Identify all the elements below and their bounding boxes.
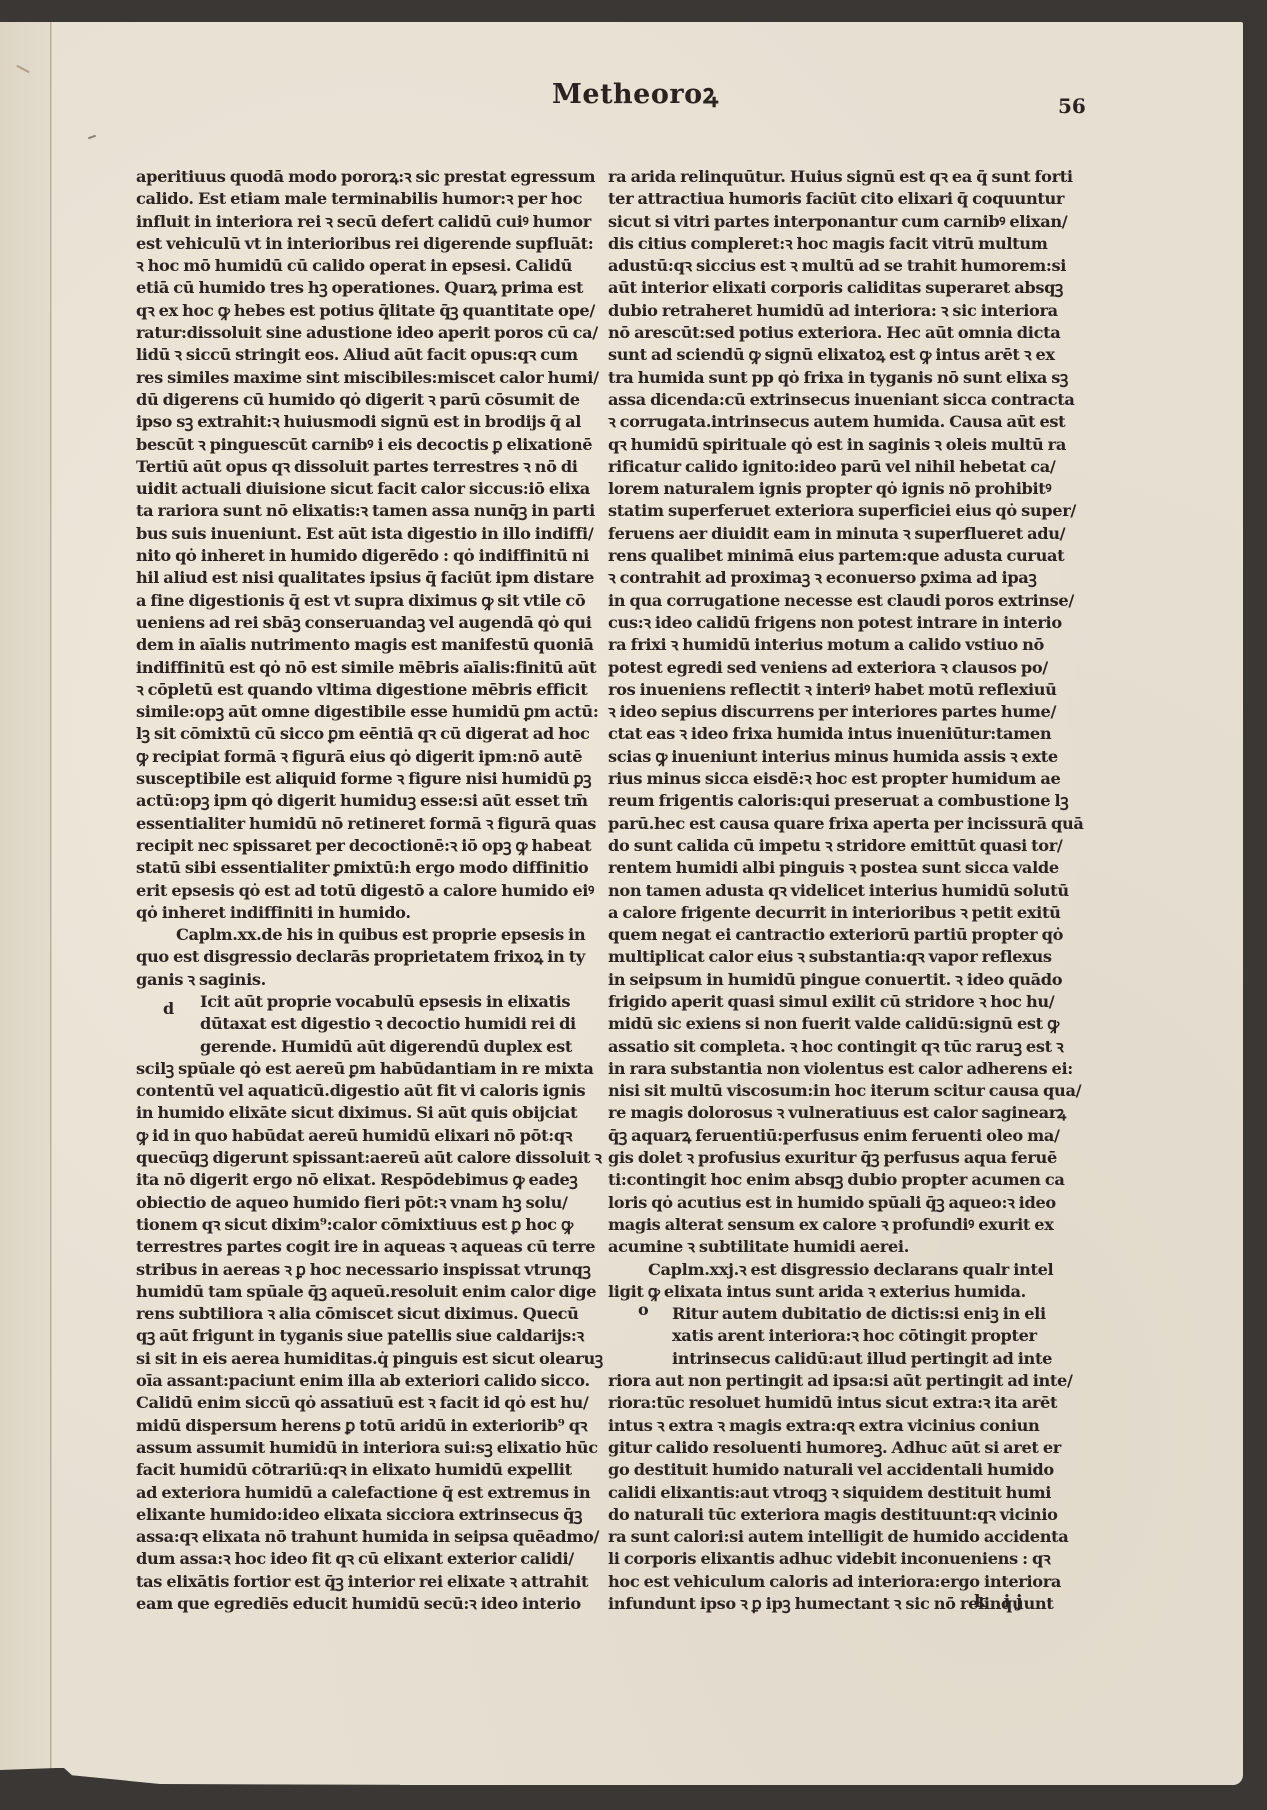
text-line: ter attractiua humoris faciūt cito elixa… — [608, 188, 1078, 210]
text-line: dum assa:ꝛ hoc ideo fit qꝛ cū elixant ex… — [136, 1548, 584, 1570]
text-line: ꝙ id in quo habūdat aereū humidū elixari… — [136, 1125, 584, 1147]
quire-signature: k ij — [974, 1592, 1028, 1612]
text-line: ꝛ cōpletū est quando vltima digestione m… — [136, 679, 584, 701]
text-line: rens qualibet minimā eius partem:que adu… — [608, 545, 1078, 567]
text-line: ipso sꝫ extrahit:ꝛ huiusmodi signū est i… — [136, 411, 584, 433]
text-line: eam que egrediēs educit humidū secū:ꝛ id… — [136, 1593, 584, 1615]
text-line: ti:contingit hoc enim absqꝫ dubio propte… — [608, 1169, 1078, 1191]
text-line: influit in interiora rei ꝛ secū defert c… — [136, 211, 584, 233]
text-line: dū digerens cū humido qȯ digerit ꝛ parū … — [136, 389, 584, 411]
text-line: non tamen adusta qꝛ videlicet interius h… — [608, 880, 1078, 902]
text-line: gerende. Humidū aūt digerendū duplex est — [136, 1036, 584, 1058]
text-line: potest egredi sed veniens ad exteriora ꝛ… — [608, 657, 1078, 679]
text-line: ra frixi ꝛ humidū interius motum a calid… — [608, 634, 1078, 656]
text-line: uidit actuali diuisione sicut facit calo… — [136, 478, 584, 500]
text-line: in humido elixāte sicut diximus. Si aūt … — [136, 1102, 584, 1124]
text-line: adustū:qꝛ siccius est ꝛ multū ad se trah… — [608, 255, 1078, 277]
text-line: midū dispersum herens ꝑ totū aridū in ex… — [136, 1415, 584, 1437]
text-line: bus suis inueniunt. Est aūt ista digesti… — [136, 523, 584, 545]
text-line: q̄ꝫ aquarꝝ feruentiū:perfusus enim ferue… — [608, 1125, 1078, 1147]
text-line: intrinsecus calidū:aut illud pertingit a… — [608, 1348, 1078, 1370]
text-line: gitur calido resoluenti humoreꝫ. Adhuc a… — [608, 1437, 1078, 1459]
text-line: nō arescūt:sed potius exteriora. Hec aūt… — [608, 322, 1078, 344]
text-line: statim superferuet exteriora superficiei… — [608, 500, 1078, 522]
chapter-body-xxi: Ritur autem dubitatio de dictis:si eniꝫ … — [608, 1303, 1078, 1615]
text-line: calido. Est etiam male terminabilis humo… — [136, 188, 584, 210]
text-line: ueniens ad rei sbāꝫ conseruandaꝫ vel aug… — [136, 612, 584, 634]
text-line: ta rariora sunt nō elixatis:ꝛ tamen assa… — [136, 500, 584, 522]
text-line: etiā cū humido tres hꝫ operationes. Quar… — [136, 277, 584, 299]
text-line: multiplicat calor eius ꝛ substantia:qꝛ v… — [608, 946, 1078, 968]
chapter-heading-xx: Caplm.xx.de his in quibus est proprie ep… — [136, 924, 584, 991]
text-line: assum assumit humidū in interiora sui:sꝫ… — [136, 1437, 584, 1459]
text-line: sunt ad sciendū ꝙ signū elixatoꝝ est ꝙ i… — [608, 344, 1078, 366]
text-line: scias ꝙ inueniunt interius minus humida … — [608, 746, 1078, 768]
text-line: ra sunt calori:si autem intelligit de hu… — [608, 1526, 1078, 1548]
text-line: feruens aer diuidit eam in minuta ꝛ supe… — [608, 523, 1078, 545]
text-line: dem in aīalis nutrimento magis est manif… — [136, 634, 584, 656]
text-line: ꝛ hoc mō humidū cū calido operat in epse… — [136, 255, 584, 277]
text-line: Caplm.xxj.ꝛ est disgressio declarans qua… — [608, 1259, 1078, 1281]
text-line: actū:opꝫ ipm qȯ digerit humiduꝫ esse:si … — [136, 790, 584, 812]
text-line: go destituit humido naturali vel acciden… — [608, 1459, 1078, 1481]
running-head: Metheoroꝝ — [552, 74, 719, 111]
text-line: cus:ꝛ ideo calidū frigens non potest int… — [608, 612, 1078, 634]
left-column: aperitiuus quodā modo pororꝝ:ꝛ sic prest… — [136, 166, 584, 1615]
text-line: ꝛ contrahit ad proximaꝫ ꝛ econuerso ꝑxim… — [608, 567, 1078, 589]
text-line: ita nō digerit ergo nō elixat. Respōdebi… — [136, 1169, 584, 1191]
text-line: quem negat ei cantractio exteriorū parti… — [608, 924, 1078, 946]
text-line: frigido aperit quasi simul exilit cū str… — [608, 991, 1078, 1013]
text-line: ꝙ recipiat formā ꝛ figurā eius qȯ digeri… — [136, 746, 584, 768]
text-line: nito qȯ inheret in humido digerēdo : qȯ … — [136, 545, 584, 567]
text-line: scilꝫ spūale qȯ est aereū ꝑm habūdantiam… — [136, 1058, 584, 1080]
text-line: Caplm.xx.de his in quibus est proprie ep… — [136, 924, 584, 946]
text-line: si sit in eis aerea humiditas.q̇ pinguis… — [136, 1348, 584, 1370]
text-line: stribus in aereas ꝛ ꝑ hoc necessario ins… — [136, 1259, 584, 1281]
text-line: obiectio de aqueo humido fieri pōt:ꝛ vna… — [136, 1192, 584, 1214]
text-line: ra arida relinquūtur. Huius signū est qꝛ… — [608, 166, 1078, 188]
text-line: hil aliud est nisi qualitates ipsius q̄ … — [136, 567, 584, 589]
text-line: ros inueniens reflectit ꝛ interiꝰ habet … — [608, 679, 1078, 701]
text-line: in seipsum in humidū pingue conuertit. ꝛ… — [608, 969, 1078, 991]
text-line: calidi elixantis:aut vtroqꝫ ꝛ siquidem d… — [608, 1482, 1078, 1504]
text-line: simile:opꝫ aūt omne digestibile esse hum… — [136, 701, 584, 723]
text-line: dis citius compleret:ꝛ hoc magis facit v… — [608, 233, 1078, 255]
text-line: facit humidū cōtrariū:qꝛ in elixato humi… — [136, 1459, 584, 1481]
text-line: aūt interior elixati corporis caliditas … — [608, 277, 1078, 299]
text-line: Tertiū aūt opus qꝛ dissoluit partes terr… — [136, 456, 584, 478]
text-line: est vehiculū vt in interioribus rei dige… — [136, 233, 584, 255]
text-line: statū sibi essentialiter ꝑmixtū:h ergo m… — [136, 857, 584, 879]
chapter-body-xx: Icit aūt proprie vocabulū epsesis in eli… — [136, 991, 584, 1615]
text-line: sicut si vitri partes interponantur cum … — [608, 211, 1078, 233]
text-line: Icit aūt proprie vocabulū epsesis in eli… — [136, 991, 584, 1013]
text-line: recipit nec spissaret per decoctionē:ꝛ i… — [136, 835, 584, 857]
text-line: Calidū enim siccū qȯ assatiuū est ꝛ faci… — [136, 1392, 584, 1414]
text-line: quo est disgressio declarās proprietatem… — [136, 946, 584, 968]
text-line: tionem qꝛ sicut dixim⁹:calor cōmixtiuus … — [136, 1214, 584, 1236]
text-line: in rara substantia non violentus est cal… — [608, 1058, 1078, 1080]
text-line: riora aut non pertingit ad ipsa:si aūt p… — [608, 1370, 1078, 1392]
text-line: gis dolet ꝛ profusius exuritur q̄ꝫ perfu… — [608, 1147, 1078, 1169]
right-column: ra arida relinquūtur. Huius signū est qꝛ… — [608, 166, 1078, 1615]
text-line: hoc est vehiculum caloris ad interiora:e… — [608, 1571, 1078, 1593]
text-line: intus ꝛ extra ꝛ magis extra:qꝛ extra vic… — [608, 1415, 1078, 1437]
text-line: do naturali tūc exteriora magis destituu… — [608, 1504, 1078, 1526]
text-line: ꝛ corrugata.intrinsecus autem humida. Ca… — [608, 411, 1078, 433]
text-line: assa dicenda:cū extrinsecus inueniant si… — [608, 389, 1078, 411]
text-line: assatio sit completa. ꝛ hoc contingit qꝛ… — [608, 1036, 1078, 1058]
right-main-text: ra arida relinquūtur. Huius signū est qꝛ… — [608, 166, 1078, 1259]
gutter-shade — [0, 22, 50, 1785]
text-line: contentū vel aquaticū.digestio aūt fit v… — [136, 1080, 584, 1102]
text-line: dubio retraheret humidū ad interiora: ꝛ … — [608, 300, 1078, 322]
text-line: midū sic exiens si non fuerit valde cali… — [608, 1013, 1078, 1035]
text-line: lorem naturalem ignis propter qȯ ignis n… — [608, 478, 1078, 500]
text-line: Ritur autem dubitatio de dictis:si eniꝫ … — [608, 1303, 1078, 1325]
text-line: res similes maxime sint miscibiles:misce… — [136, 367, 584, 389]
text-line: quecūqꝫ digerunt spissant:aereū aūt calo… — [136, 1147, 584, 1169]
text-line: rentem humidi albi pinguis ꝛ postea sunt… — [608, 857, 1078, 879]
text-line: rius minus sicca eisdē:ꝛ hoc est propter… — [608, 768, 1078, 790]
text-line: qȯ inheret indiffiniti in humido. — [136, 902, 584, 924]
text-line: susceptibile est aliquid forme ꝛ figure … — [136, 768, 584, 790]
text-line: ctat eas ꝛ ideo frixa humida intus inuen… — [608, 723, 1078, 745]
left-main-text: aperitiuus quodā modo pororꝝ:ꝛ sic prest… — [136, 166, 584, 924]
text-line: aperitiuus quodā modo pororꝝ:ꝛ sic prest… — [136, 166, 584, 188]
text-line: in qua corrugatione necesse est claudi p… — [608, 590, 1078, 612]
text-line: rificatur calido ignito:ideo parū vel ni… — [608, 456, 1078, 478]
text-line: bescūt ꝛ pinguescūt carnibꝰ i eis decoct… — [136, 434, 584, 456]
text-line: qꝛ humidū spirituale qȯ est in saginis ꝛ… — [608, 434, 1078, 456]
text-line: ligit ꝙ elixata intus sunt arida ꝛ exter… — [608, 1281, 1078, 1303]
text-line: a fine digestionis q̄ est vt supra dixim… — [136, 590, 584, 612]
text-line: qꝛ ex hoc ꝙ hebes est potius q̄litate q̄… — [136, 300, 584, 322]
text-line: oīa assant:paciunt enim illa ab exterior… — [136, 1370, 584, 1392]
text-line: elixante humido:ideo elixata sicciora ex… — [136, 1504, 584, 1526]
text-line: qꝫ aūt frigunt in tyganis siue patellis … — [136, 1325, 584, 1347]
text-line: magis alterat sensum ex calore ꝛ profund… — [608, 1214, 1078, 1236]
text-line: assa:qꝛ elixata nō trahunt humida in sei… — [136, 1526, 584, 1548]
text-line: tra humida sunt pp qȯ frixa in tyganis n… — [608, 367, 1078, 389]
chapter-heading-xxi: Caplm.xxj.ꝛ est disgressio declarans qua… — [608, 1259, 1078, 1304]
gutter-fold — [50, 22, 52, 1792]
folio-number: 56 — [1058, 94, 1086, 118]
text-line: terrestres partes cogit ire in aqueas ꝛ … — [136, 1236, 584, 1258]
text-line: ꝛ ideo sepius discurrens per interiores … — [608, 701, 1078, 723]
text-line: loris qȯ acutius est in humido spūali q̄… — [608, 1192, 1078, 1214]
text-line: ratur:dissoluit sine adustione ideo aper… — [136, 322, 584, 344]
text-line: re magis dolorosus ꝛ vulneratiuus est ca… — [608, 1102, 1078, 1124]
text-line: acumine ꝛ subtilitate humidi aerei. — [608, 1236, 1078, 1258]
guide-letter-d: d — [163, 999, 174, 1018]
text-line: indiffinitū est qȯ nō est simile mēbris … — [136, 657, 584, 679]
text-line: parū.hec est causa quare frixa aperta pe… — [608, 813, 1078, 835]
text-line: humidū tam spūale q̄ꝫ aqueū.resoluit eni… — [136, 1281, 584, 1303]
text-line: essentialiter humidū nō retineret formā … — [136, 813, 584, 835]
text-line: erit epsesis qȯ est ad totū digestō a ca… — [136, 880, 584, 902]
guide-letter-o: o — [638, 1300, 649, 1319]
text-line: ad exteriora humidū a calefactione q̄ es… — [136, 1482, 584, 1504]
text-line: xatis arent interiora:ꝛ hoc cōtingit pro… — [608, 1325, 1078, 1347]
text-line: lꝫ sit cōmixtū cū sicco ꝑm eēntiā qꝛ cū … — [136, 723, 584, 745]
text-line: rens subtiliora ꝛ alia cōmiscet sicut di… — [136, 1303, 584, 1325]
text-line: reum frigentis caloris:qui preseruat a c… — [608, 790, 1078, 812]
text-line: lidū ꝛ siccū stringit eos. Aliud aūt fac… — [136, 344, 584, 366]
text-line: ganis ꝛ saginis. — [136, 969, 584, 991]
text-line: a calore frigente decurrit in interiorib… — [608, 902, 1078, 924]
text-line: dūtaxat est digestio ꝛ decoctio humidi r… — [136, 1013, 584, 1035]
text-line: riora:tūc resoluet humidū intus sicut ex… — [608, 1392, 1078, 1414]
text-line: do sunt calida cū impetu ꝛ stridore emit… — [608, 835, 1078, 857]
text-line: li corporis elixantis adhuc videbit inco… — [608, 1548, 1078, 1570]
text-line: tas elixātis fortior est q̄ꝫ interior re… — [136, 1571, 584, 1593]
text-line: nisi sit multū viscosum:in hoc iterum sc… — [608, 1080, 1078, 1102]
